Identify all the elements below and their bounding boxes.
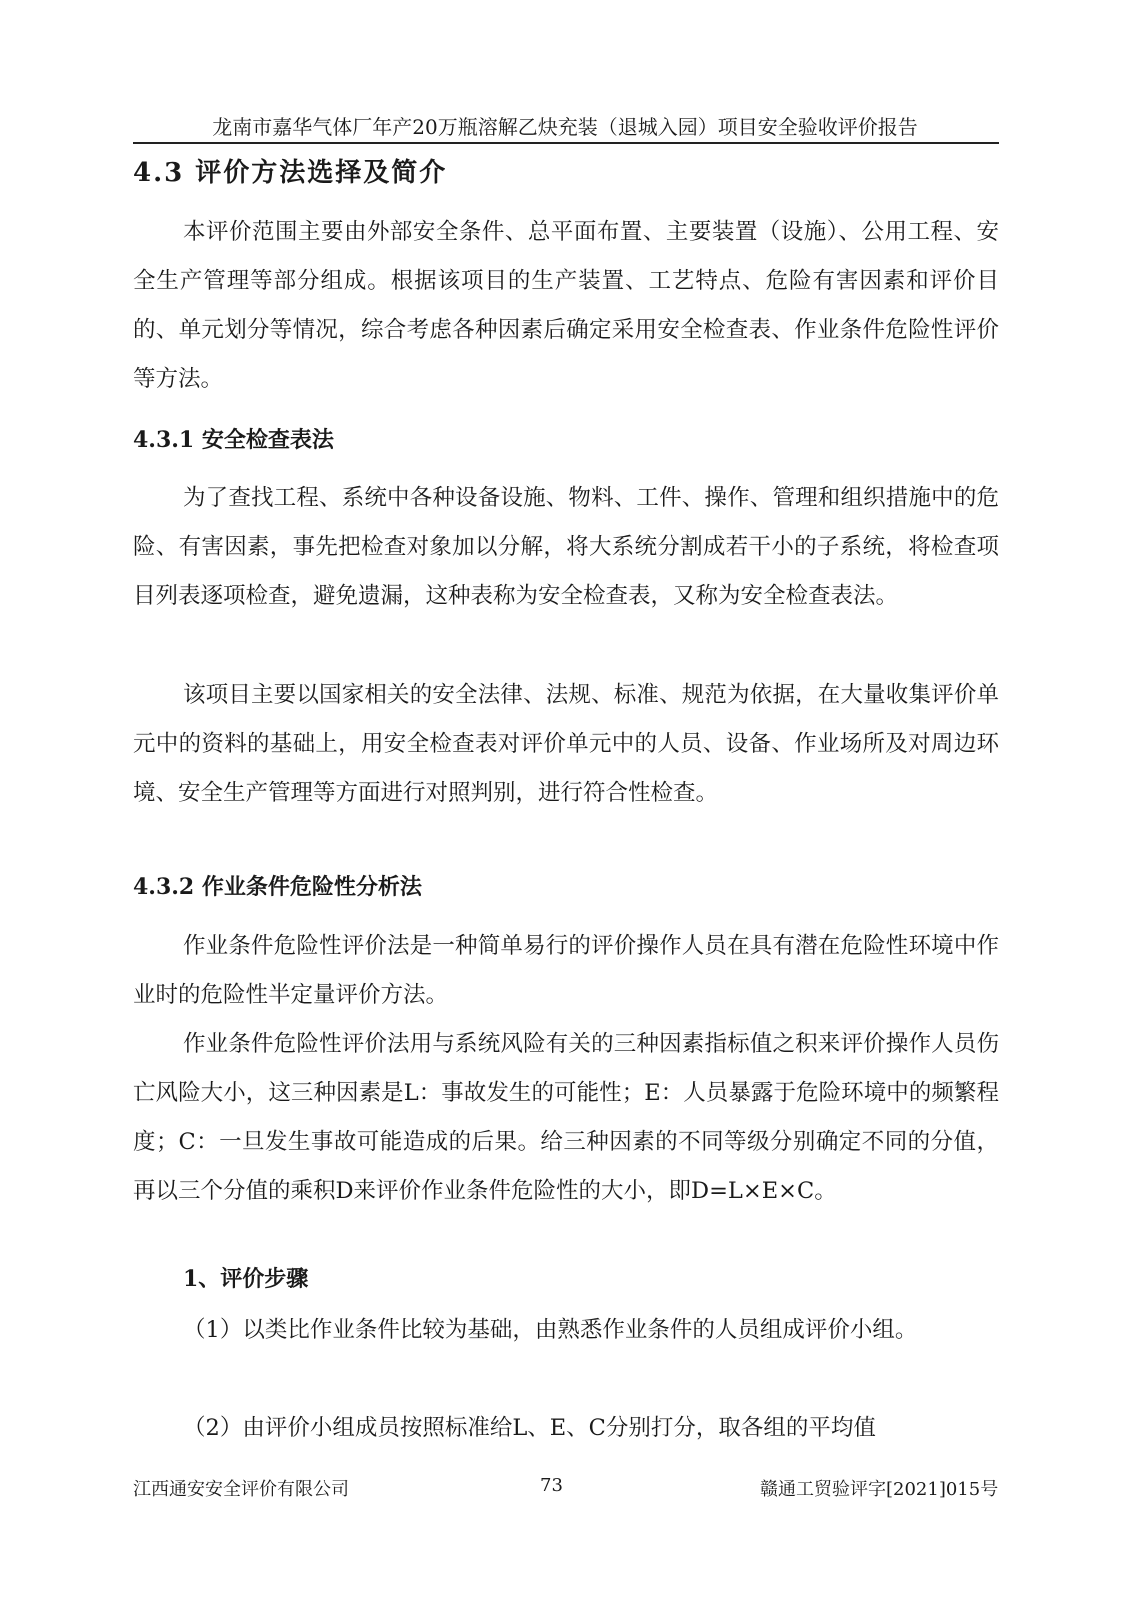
lec-paragraph-1: 作业条件危险性评价法是一种简单易行的评价操作人员在具有潜在危险性环境中作业时的危… xyxy=(133,922,999,1020)
checklist-paragraph-1: 为了查找工程、系统中各种设备设施、物料、工件、操作、管理和组织措施中的危险、有害… xyxy=(133,474,999,621)
subsection-title-checklist: 4.3.1 安全检查表法 xyxy=(133,423,334,454)
page-number: 73 xyxy=(540,1475,563,1496)
lec-paragraph-2: 作业条件危险性评价法用与系统风险有关的三种因素指标值之积来评价操作人员伤亡风险大… xyxy=(133,1020,999,1216)
running-header: 龙南市嘉华气体厂年产20万瓶溶解乙炔充装（退城入园）项目安全验收评价报告 xyxy=(0,111,1130,140)
intro-paragraph: 本评价范围主要由外部安全条件、总平面布置、主要装置（设施）、公用工程、安全生产管… xyxy=(133,208,999,404)
checklist-paragraph-2: 该项目主要以国家相关的安全法律、法规、标准、规范为依据，在大量收集评价单元中的资… xyxy=(133,671,999,818)
step-1: （1）以类比作业条件比较为基础，由熟悉作业条件的人员组成评价小组。 xyxy=(133,1306,999,1355)
header-rule xyxy=(133,142,999,144)
step-2: （2）由评价小组成员按照标准给L、E、C分别打分，取各组的平均值 xyxy=(133,1404,999,1453)
subsection-title-lec: 4.3.2 作业条件危险性分析法 xyxy=(133,870,422,901)
footer-company: 江西通安安全评价有限公司 xyxy=(133,1475,349,1501)
steps-title: 1、评价步骤 xyxy=(183,1262,308,1293)
section-title: 4.3 评价方法选择及简介 xyxy=(133,152,447,189)
document-number: 赣通工贸验评字[2021]015号 xyxy=(760,1475,998,1501)
